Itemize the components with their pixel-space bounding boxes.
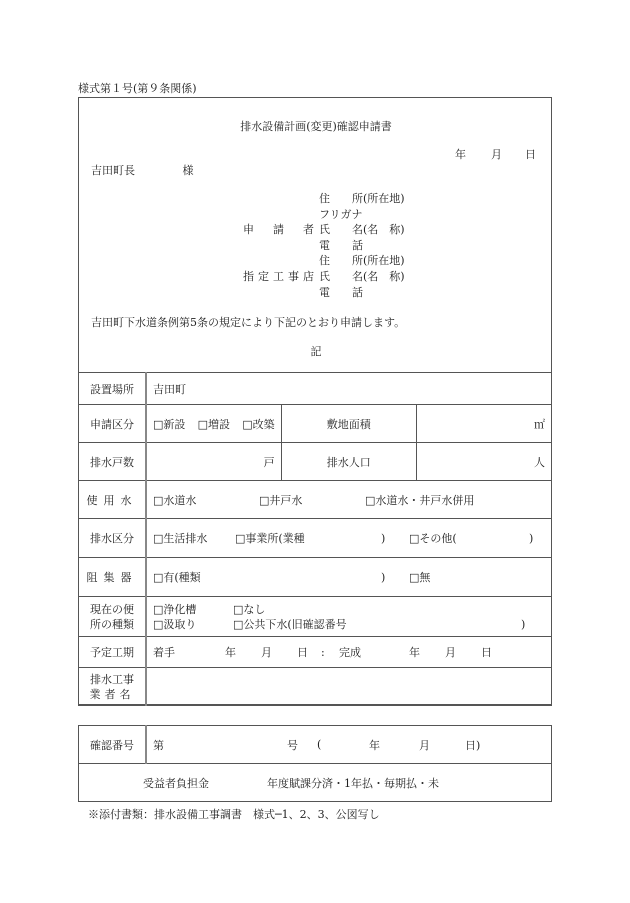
option-extension[interactable]: □増設 [198, 416, 243, 432]
addressee-honorific: 様 [183, 164, 194, 177]
records-table: 設置場所 吉田町 申請区分 □新設 □増設 □改築 敷地面積 ㎡ 排水戸数 戸 [78, 372, 552, 706]
row-confirmation: 確認番号 第 号 ( 年 月 日) [79, 726, 552, 764]
finish-month[interactable]: 月 [445, 644, 481, 660]
toilet-label-line2: 所の種類 [85, 617, 139, 632]
date-year: 年 [455, 146, 466, 162]
row-beneficiary: 受益者負担金 年度賦課分済・1年払・毎期払・未 [79, 764, 552, 802]
addressee-name: 吉田町長 [91, 164, 135, 177]
contractor-role: 指定工事店 [243, 269, 319, 285]
row-contractor-name: 排水工事 業者名 [79, 668, 552, 706]
option-business[interactable]: □事業所(業種 [235, 530, 381, 546]
beneficiary-value[interactable]: 年度賦課分済・1年払・毎期払・未 [267, 775, 439, 791]
drainage-type-options: □生活排水 □事業所(業種 ) □その他( ) [146, 519, 552, 558]
toilet-label-line1: 現在の便 [85, 602, 139, 617]
schedule-separator: : [321, 646, 339, 659]
start-year[interactable]: 年 [225, 644, 261, 660]
confirmation-dai: 第 [153, 737, 287, 753]
application-form: 排水設備計画(変更)確認申請書 年 月 日 吉田町長 様 住 所(所在地) フリ… [78, 97, 552, 705]
schedule-finish: 完成 [339, 644, 409, 660]
option-pit[interactable]: □汲取り [153, 617, 233, 632]
toilet-label: 現在の便 所の種類 [79, 597, 147, 637]
schedule-start: 着手 [153, 644, 225, 660]
statement: 吉田町下水道条例第5条の規定により下記のとおり申請します。 [91, 314, 405, 330]
option-renovation[interactable]: □改築 [242, 416, 274, 432]
confirmation-year[interactable]: 年 [369, 737, 419, 753]
schedule-values: 着手 年 月 日 : 完成 年 月 日 [146, 637, 552, 668]
row-water-use: 使用水 □水道水 □井戸水 □水道水・井戸水併用 [79, 481, 552, 519]
beneficiary-cell: 受益者負担金 年度賦課分済・1年払・毎期払・未 [79, 764, 552, 802]
option-new[interactable]: □新設 [153, 416, 198, 432]
population-unit[interactable]: 人 [416, 443, 551, 481]
location-label: 設置場所 [79, 373, 147, 405]
form-title: 排水設備計画(変更)確認申請書 [79, 118, 553, 134]
option-well-water[interactable]: □井戸水 [259, 492, 365, 508]
contractor-name-field: 氏 名(名 称) [319, 269, 439, 285]
applicant-address-field: 住 所(所在地) [319, 191, 439, 207]
option-interceptor-yes[interactable]: □有(種類 [153, 569, 381, 585]
confirmation-month[interactable]: 月 [419, 737, 465, 753]
confirmation-values: 第 号 ( 年 月 日) [146, 726, 552, 764]
applicant-name-field: 氏 名(名 称) [319, 222, 439, 238]
water-use-options: □水道水 □井戸水 □水道水・井戸水併用 [146, 481, 552, 519]
area-unit[interactable]: ㎡ [416, 405, 551, 443]
option-tap-water[interactable]: □水道水 [153, 492, 259, 508]
interceptor-label: 阻集器 [79, 558, 147, 597]
confirmation-day[interactable]: 日) [465, 737, 480, 753]
schedule-label: 予定工期 [79, 637, 147, 668]
row-interceptor: 阻集器 □有(種類 ) □無 [79, 558, 552, 597]
confirmation-table: 確認番号 第 号 ( 年 月 日) 受益者負担金 年度賦課分済・1年払・毎期払・… [78, 725, 552, 802]
contractor-name-label-line2: 業者名 [85, 687, 139, 702]
public-sewer-close-paren: ) [521, 617, 525, 632]
finish-day[interactable]: 日 [481, 644, 492, 660]
start-month[interactable]: 月 [261, 644, 297, 660]
row-application-type: 申請区分 □新設 □増設 □改築 敷地面積 ㎡ [79, 405, 552, 443]
row-schedule: 予定工期 着手 年 月 日 : 完成 年 月 日 [79, 637, 552, 668]
confirmation-label: 確認番号 [79, 726, 147, 764]
contractor-name-label-line1: 排水工事 [85, 672, 139, 687]
option-other[interactable]: □その他( [409, 530, 529, 546]
option-interceptor-no[interactable]: □無 [409, 569, 430, 585]
row-toilet: 現在の便 所の種類 □浄化槽 □なし □汲取り □公共下水(旧確認番号 ) [79, 597, 552, 637]
option-none[interactable]: □なし [233, 602, 265, 617]
form-caption: 様式第１号(第９条関係) [78, 80, 197, 96]
drainage-type-label: 排水区分 [79, 519, 147, 558]
option-septic[interactable]: □浄化槽 [153, 602, 233, 617]
households-unit[interactable]: 戸 [146, 443, 281, 481]
toilet-options: □浄化槽 □なし □汲取り □公共下水(旧確認番号 ) [146, 597, 552, 637]
application-type-options: □新設 □増設 □改築 [146, 405, 281, 443]
business-close-paren: ) [381, 532, 409, 545]
contractor-address-field: 住 所(所在地) [319, 253, 439, 269]
start-day[interactable]: 日 [297, 644, 321, 660]
other-close-paren: ) [529, 532, 533, 545]
applicant-phone-field: 電 話 [319, 238, 439, 254]
ki-heading: 記 [79, 343, 553, 359]
confirmation-open-paren: ( [317, 738, 369, 751]
date-month: 月 [491, 146, 502, 162]
population-label: 排水人口 [281, 443, 416, 481]
interceptor-close-paren: ) [381, 571, 409, 584]
applicant-role: 申請者 [243, 222, 319, 238]
finish-year[interactable]: 年 [409, 644, 445, 660]
option-domestic[interactable]: □生活排水 [153, 530, 235, 546]
row-drainage-type: 排水区分 □生活排水 □事業所(業種 ) □その他( ) [79, 519, 552, 558]
water-use-label: 使用水 [79, 481, 147, 519]
contractor-phone-field: 電 話 [319, 285, 439, 301]
party-block: 住 所(所在地) フリガナ 申請者氏 名(名 称) 電 話 住 所(所在地) 指… [243, 191, 439, 300]
applicant-furigana-field: フリガナ [319, 207, 439, 223]
area-label: 敷地面積 [281, 405, 416, 443]
application-type-label: 申請区分 [79, 405, 147, 443]
option-both-water[interactable]: □水道水・井戸水併用 [365, 492, 474, 508]
attachment-note: ※添付書類：排水設備工事調書 様式─1、2、3、公図写し [88, 806, 380, 822]
row-households: 排水戸数 戸 排水人口 人 [79, 443, 552, 481]
addressee: 吉田町長 様 [91, 162, 194, 178]
contractor-name-label: 排水工事 業者名 [79, 668, 147, 706]
interceptor-options: □有(種類 ) □無 [146, 558, 552, 597]
option-public-sewer[interactable]: □公共下水(旧確認番号 [233, 617, 521, 632]
households-label: 排水戸数 [79, 443, 147, 481]
row-location: 設置場所 吉田町 [79, 373, 552, 405]
contractor-name-value[interactable] [146, 668, 552, 706]
confirmation-go[interactable]: 号 [287, 737, 317, 753]
location-value[interactable]: 吉田町 [146, 373, 552, 405]
beneficiary-label: 受益者負担金 [143, 775, 267, 791]
date-day: 日 [525, 146, 536, 162]
